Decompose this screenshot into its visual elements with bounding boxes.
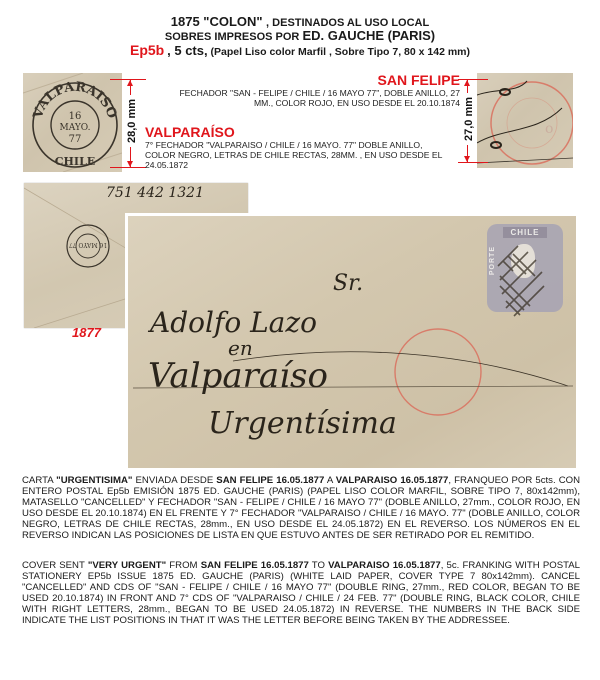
header-line-3: Ep5b , 5 cts, (Papel Liso color Marfil ,…	[0, 43, 600, 60]
san-felipe-title: SAN FELIPE	[378, 72, 460, 88]
san-felipe-description: FECHADOR "SAN - FELIPE / CHILE / 16 MAYO…	[160, 88, 460, 108]
measure-line-top-right	[458, 79, 488, 80]
destination: VALPARAISO 16.05.1877	[328, 560, 441, 571]
header-printed-by: SOBRES IMPRESOS POR	[165, 31, 299, 43]
urgent-annotation: Urgentísima	[208, 406, 397, 441]
urgent-label: "VERY URGENT"	[88, 560, 166, 571]
arrow-down-icon	[464, 156, 470, 162]
urgent-label: "URGENTISIMA"	[56, 475, 132, 486]
valparaiso-postmark-icon: VALPARAISO 16 MAYO. 77 CHILE	[23, 73, 122, 172]
arrow-up-icon	[464, 80, 470, 86]
catalog-code: Ep5b	[130, 42, 164, 58]
svg-text:77: 77	[69, 134, 82, 145]
origin: SAN FELIPE 16.05.1877	[216, 475, 324, 486]
face-value: , 5 cts,	[167, 43, 207, 58]
arrow-up-icon	[127, 80, 133, 86]
san-felipe-postmark-icon: o	[477, 73, 573, 168]
text: CARTA	[22, 475, 56, 486]
svg-text:16: 16	[69, 111, 82, 122]
arrow-down-icon	[127, 161, 133, 167]
year-label: 1877	[72, 325, 101, 340]
svg-text:16 MAYO 77: 16 MAYO 77	[69, 241, 107, 248]
header-line-2: SOBRES IMPRESOS POR ED. GAUCHE (PARIS)	[0, 29, 600, 44]
address-recipient: Adolfo Lazo	[150, 306, 317, 339]
svg-text:o: o	[545, 121, 553, 137]
measure-line-bottom-left	[110, 167, 146, 168]
envelope-front-image: CHILE PORTE Sr. Adolfo Lazo en Valparaís…	[125, 213, 576, 468]
origin: SAN FELIPE 16.05.1877	[201, 560, 309, 571]
description-english: COVER SENT "VERY URGENT" FROM SAN FELIPE…	[22, 560, 580, 626]
san-felipe-postmark-detail: o	[477, 73, 573, 168]
text: ENVIADA DESDE	[132, 475, 216, 486]
valparaiso-title: VALPARAÍSO	[145, 124, 235, 140]
svg-text:MAYO.: MAYO.	[59, 123, 90, 133]
text: COVER SENT	[22, 560, 88, 571]
text: TO	[309, 560, 328, 571]
measure-label-27mm: 27,0 mm	[463, 93, 475, 145]
header-printer: ED. GAUCHE (PARIS)	[302, 28, 435, 43]
valparaiso-description: 7° FECHADOR "VALPARAISO / CHILE / 16 MAY…	[145, 140, 455, 170]
back-list-numbers: 751 442 1321	[106, 185, 204, 201]
measure-label-28mm: 28,0 mm	[126, 95, 138, 147]
destination: VALPARAISO 16.05.1877	[336, 475, 449, 486]
text: A	[324, 475, 335, 486]
paper-description: (Papel Liso color Marfil , Sobre Tipo 7,…	[211, 46, 470, 58]
header-title: 1875 "COLON"	[171, 14, 263, 29]
valparaiso-postmark-detail: VALPARAISO 16 MAYO. 77 CHILE	[23, 73, 122, 172]
address-salutation: Sr.	[333, 271, 363, 296]
description-spanish: CARTA "URGENTISIMA" ENVIADA DESDE SAN FE…	[22, 475, 580, 541]
text: FROM	[166, 560, 201, 571]
svg-text:CHILE: CHILE	[55, 155, 95, 168]
address-city: Valparaíso	[148, 356, 328, 396]
measure-line-bottom-right	[458, 162, 488, 163]
